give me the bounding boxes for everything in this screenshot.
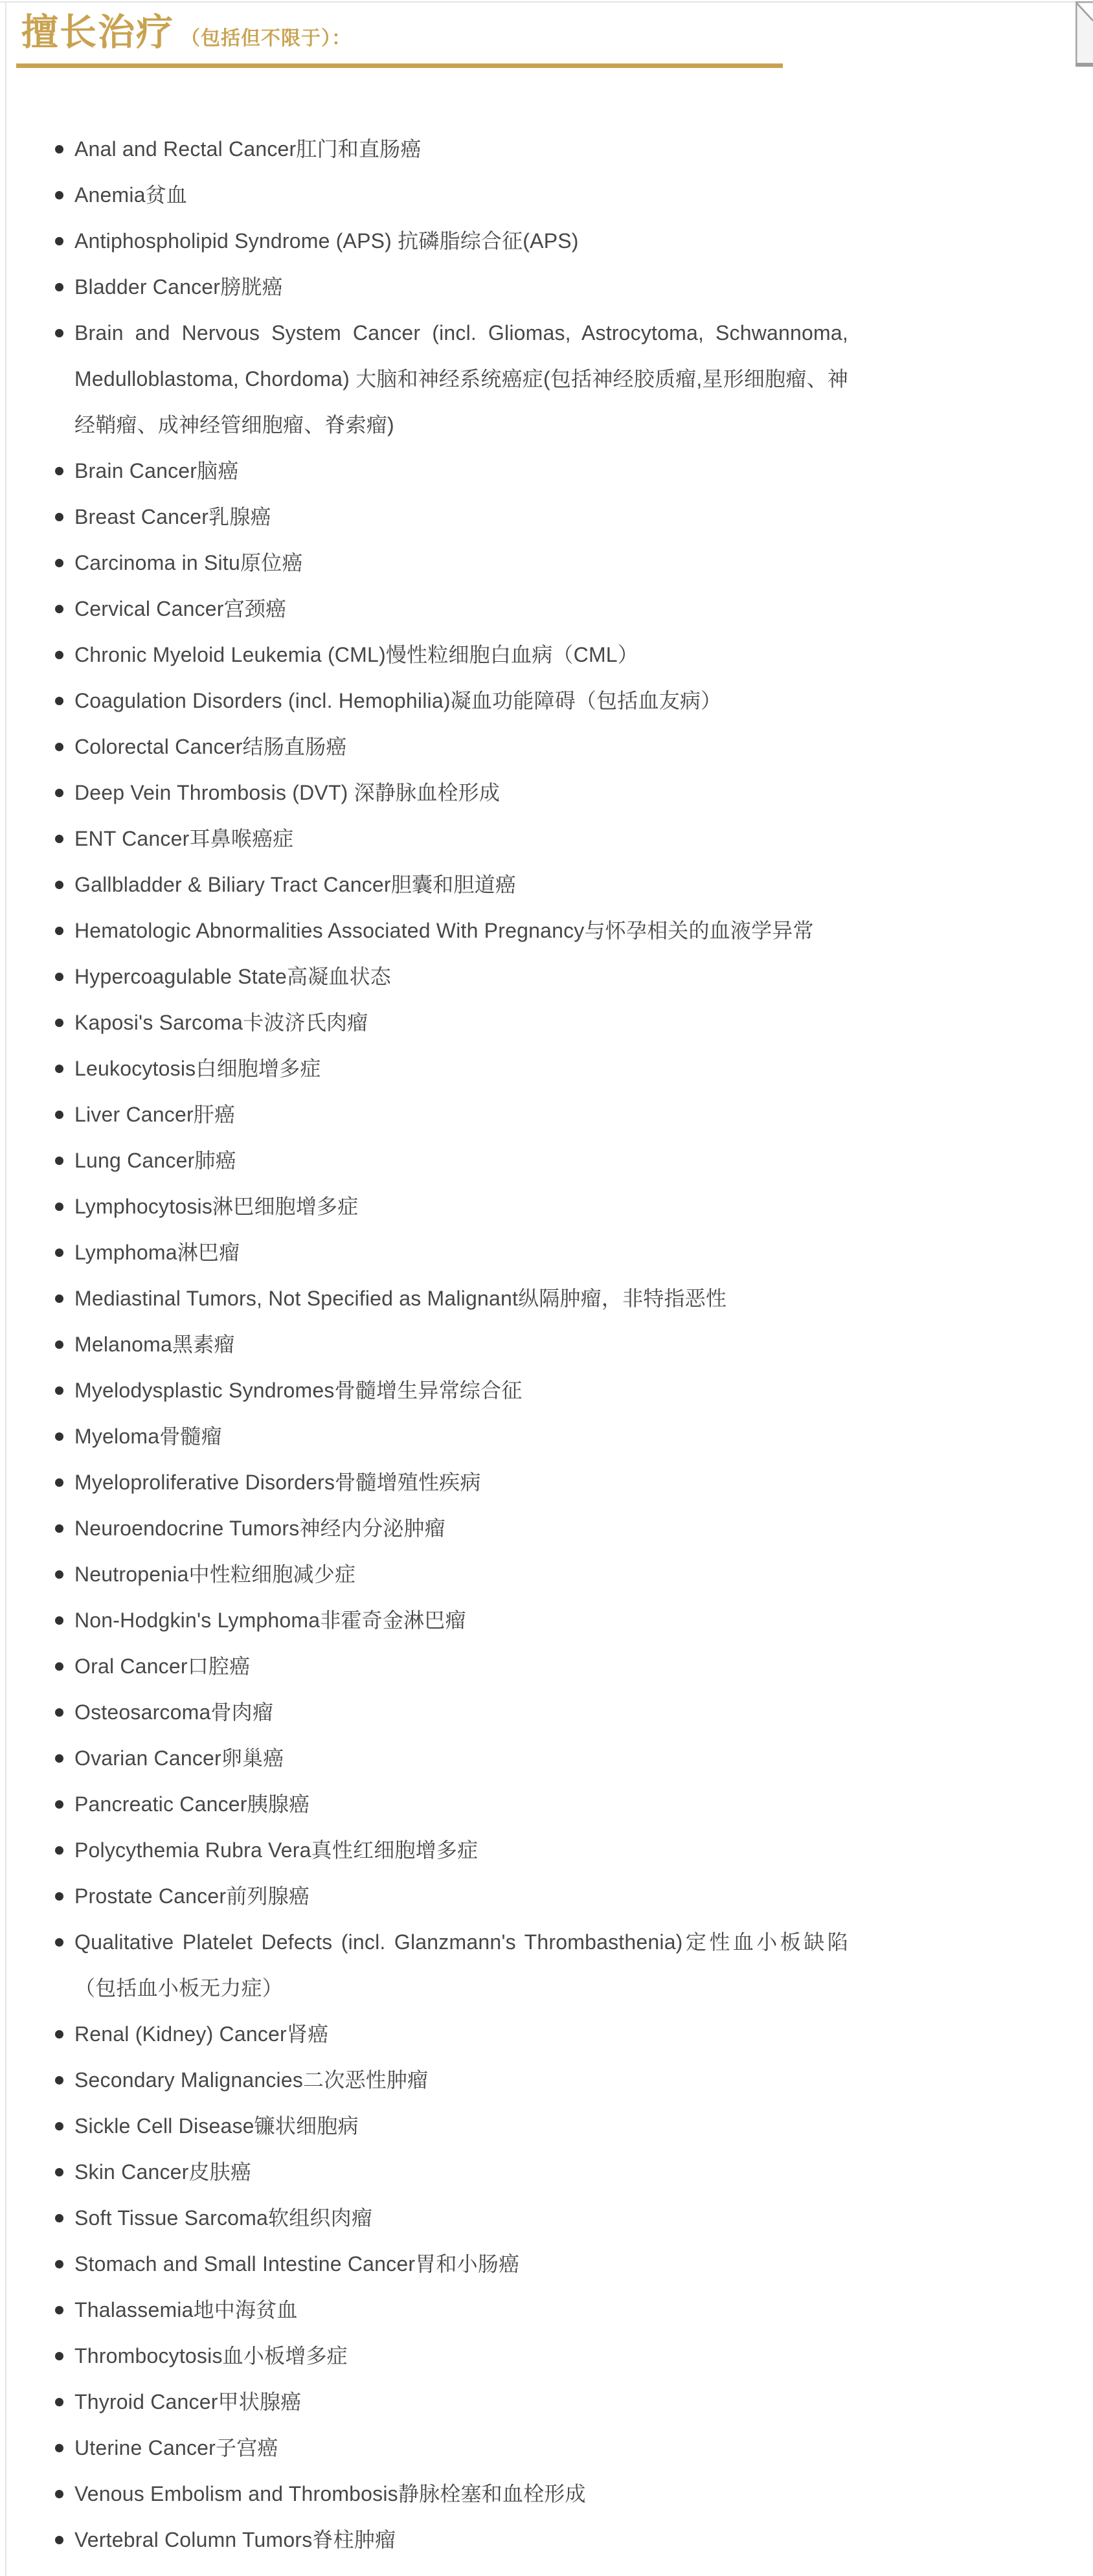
specialty-item: Skin Cancer皮肤癌	[74, 2149, 848, 2195]
title-note: （包括但不限于）：	[181, 28, 352, 49]
specialty-item: Osteosarcoma骨肉瘤	[74, 1689, 848, 1735]
specialty-item: Thalassemia地中海贫血	[74, 2287, 848, 2333]
specialty-item: Non-Hodgkin's Lymphoma非霍奇金淋巴瘤	[74, 1598, 848, 1644]
specialty-item: Mediastinal Tumors, Not Specified as Mal…	[74, 1276, 848, 1322]
left-hairline	[5, 2, 6, 2576]
specialty-item: Soft Tissue Sarcoma软组织肉瘤	[74, 2195, 848, 2241]
specialty-item: Neuroendocrine Tumors神经内分泌肿瘤	[74, 1506, 848, 1552]
specialty-item: Lung Cancer肺癌	[74, 1138, 848, 1184]
specialty-item: Hematologic Abnormalities Associated Wit…	[74, 908, 848, 954]
specialty-item: Lymphocytosis淋巴细胞增多症	[74, 1184, 848, 1230]
specialty-item: Vertebral Column Tumors脊柱肿瘤	[74, 2517, 848, 2563]
specialty-item: Antiphospholipid Syndrome (APS) 抗磷脂综合征(A…	[74, 218, 848, 264]
page-title: 擅长治疗	[21, 12, 174, 53]
specialty-item: Bladder Cancer膀胱癌	[74, 264, 848, 310]
specialty-item: Liver Cancer肝癌	[74, 1092, 848, 1138]
specialty-item: Carcinoma in Situ原位癌	[74, 540, 848, 586]
specialty-item: Brain Cancer脑癌	[74, 448, 848, 494]
specialty-item: Colorectal Cancer结肠直肠癌	[74, 724, 848, 770]
gold-divider	[16, 63, 783, 68]
specialty-item: Kaposi's Sarcoma卡波济氏肉瘤	[74, 1000, 848, 1046]
specialty-item: Qualitative Platelet Defects (incl. Glan…	[74, 1919, 848, 2011]
page-fold-icon	[1076, 1, 1093, 67]
specialty-item: Pancreatic Cancer胰腺癌	[74, 1781, 848, 1827]
specialty-item: Deep Vein Thrombosis (DVT) 深静脉血栓形成	[74, 770, 848, 816]
specialties-list: Anal and Rectal Cancer肛门和直肠癌Anemia贫血Anti…	[74, 126, 848, 2563]
specialty-item: Cervical Cancer宫颈癌	[74, 586, 848, 632]
specialty-item: Myeloproliferative Disorders骨髓增殖性疾病	[74, 1460, 848, 1506]
specialty-item: Venous Embolism and Thrombosis静脉栓塞和血栓形成	[74, 2471, 848, 2517]
specialty-item: Ovarian Cancer卵巢癌	[74, 1735, 848, 1781]
specialty-item: Uterine Cancer子宫癌	[74, 2425, 848, 2471]
specialty-item: Prostate Cancer前列腺癌	[74, 1873, 848, 1919]
specialty-item: Coagulation Disorders (incl. Hemophilia)…	[74, 678, 848, 724]
specialty-item: Anal and Rectal Cancer肛门和直肠癌	[74, 126, 848, 172]
specialty-item: Secondary Malignancies二次恶性肿瘤	[74, 2057, 848, 2103]
specialty-item: Lymphoma淋巴瘤	[74, 1230, 848, 1276]
specialty-item: ENT Cancer耳鼻喉癌症	[74, 816, 848, 862]
specialty-item: Brain and Nervous System Cancer (incl. G…	[74, 310, 848, 448]
specialty-item: Myelodysplastic Syndromes骨髓增生异常综合征	[74, 1368, 848, 1414]
specialty-item: Chronic Myeloid Leukemia (CML)慢性粒细胞白血病（C…	[74, 632, 848, 678]
page-container: 擅长治疗（包括但不限于）： Anal and Rectal Cancer肛门和直…	[0, 0, 1093, 2576]
corner-fold-widget[interactable]	[1076, 1, 1093, 67]
section-header: 擅长治疗（包括但不限于）：	[21, 12, 352, 53]
specialty-item: Sickle Cell Disease镰状细胞病	[74, 2103, 848, 2149]
specialty-item: Leukocytosis白细胞增多症	[74, 1046, 848, 1092]
specialty-item: Renal (Kidney) Cancer肾癌	[74, 2011, 848, 2057]
specialty-item: Hypercoagulable State高凝血状态	[74, 954, 848, 1000]
specialty-item: Anemia贫血	[74, 172, 848, 218]
specialty-item: Polycythemia Rubra Vera真性红细胞增多症	[74, 1827, 848, 1873]
top-hairline	[0, 1, 1093, 3]
specialty-item: Stomach and Small Intestine Cancer胃和小肠癌	[74, 2241, 848, 2287]
specialty-item: Gallbladder & Biliary Tract Cancer胆囊和胆道癌	[74, 862, 848, 908]
specialty-item: Melanoma黑素瘤	[74, 1322, 848, 1368]
specialty-item: Oral Cancer口腔癌	[74, 1644, 848, 1689]
specialty-item: Breast Cancer乳腺癌	[74, 494, 848, 540]
specialty-item: Thyroid Cancer甲状腺癌	[74, 2379, 848, 2425]
specialty-item: Thrombocytosis血小板增多症	[74, 2333, 848, 2379]
specialty-item: Neutropenia中性粒细胞减少症	[74, 1552, 848, 1598]
specialty-item: Myeloma骨髓瘤	[74, 1414, 848, 1460]
